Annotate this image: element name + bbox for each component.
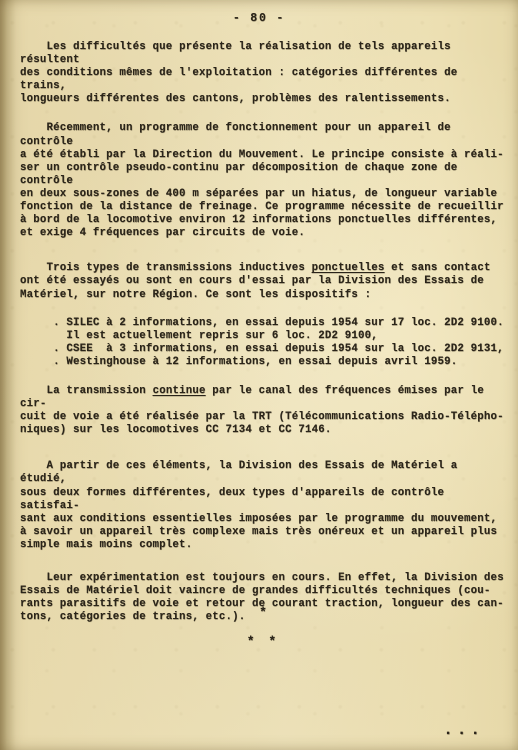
paragraph-deux-appareils: A partir de ces éléments, la Division de… bbox=[20, 460, 506, 552]
paragraph-programme: Récemment, un programme de fonctionnemen… bbox=[20, 122, 506, 240]
paragraph-continue-before: La transmission bbox=[20, 385, 153, 397]
bullet-list-dispositifs: . SILEC à 2 informations, en essai depui… bbox=[20, 317, 506, 369]
paragraph-transmissions-before: Trois types de transmissions inductives bbox=[20, 262, 312, 274]
document-body: Les difficultés que présente la réalisat… bbox=[20, 41, 506, 624]
underlined-word-ponctuelles: ponctuelles bbox=[312, 262, 385, 274]
paragraph-difficultes: Les difficultés que présente la réalisat… bbox=[20, 41, 506, 106]
page-number: - 80 - bbox=[0, 12, 518, 25]
scanned-document-page: - 80 - Les difficultés que présente la r… bbox=[0, 0, 518, 750]
section-separator-stars: * * * bbox=[8, 605, 518, 649]
continuation-dots: ... bbox=[443, 721, 484, 739]
separator-star-double: * * bbox=[8, 634, 518, 649]
separator-star-single: * bbox=[8, 605, 518, 620]
underlined-word-continue: continue bbox=[153, 385, 206, 397]
paragraph-transmission-continue: La transmission continue par le canal de… bbox=[20, 385, 506, 437]
paragraph-transmissions: Trois types de transmissions inductives … bbox=[20, 262, 506, 301]
